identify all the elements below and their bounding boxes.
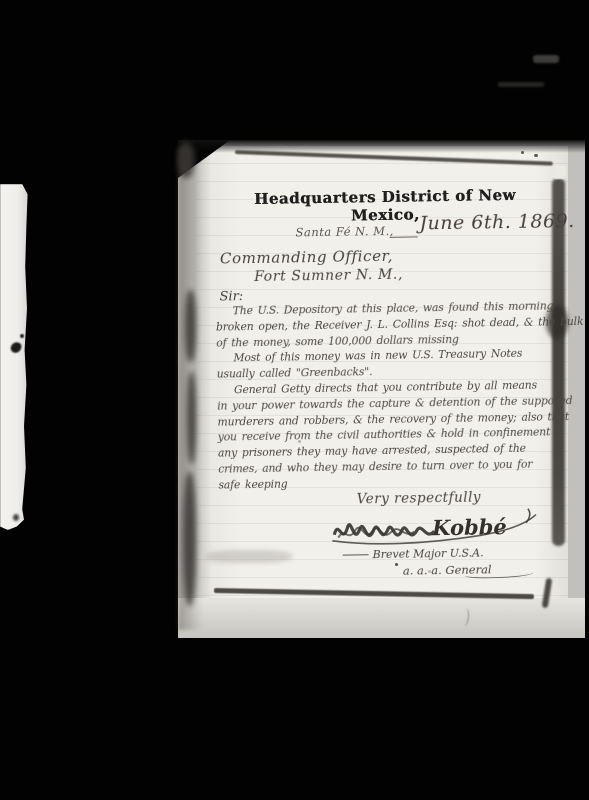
ink-blot <box>9 340 23 354</box>
dateline-rule <box>390 236 418 237</box>
flourish-dash <box>343 554 369 555</box>
recipient-line: Fort Sumner N. M., <box>254 267 403 285</box>
ink-speck <box>13 514 19 521</box>
recipient-line: Commanding Officer, <box>220 247 393 268</box>
signature-title-text: Brevet Major U.S.A. <box>372 546 483 561</box>
letter-body: The U.S. Depository at this place, was f… <box>216 298 569 493</box>
signature-title: Brevet Major U.S.A. <box>343 546 484 561</box>
scan-area: Headquarters District of New Mexico, San… <box>178 140 585 638</box>
dateline-place: Santa Fé N. M., <box>295 224 394 240</box>
film-scratch-mark <box>498 82 544 87</box>
signature-name: Kobbé <box>431 514 507 540</box>
signature-flourish: Kobbé <box>328 501 543 552</box>
dateline-date: June 6th. 1869. <box>419 210 575 234</box>
adjacent-page-edge <box>0 184 30 530</box>
letter-content: Headquarters District of New Mexico, San… <box>174 137 589 641</box>
microfilm-page: Headquarters District of New Mexico, San… <box>0 0 589 800</box>
signature-underline-flourish <box>465 570 533 579</box>
ink-speck <box>20 334 24 338</box>
film-scratch-mark <box>533 55 559 63</box>
